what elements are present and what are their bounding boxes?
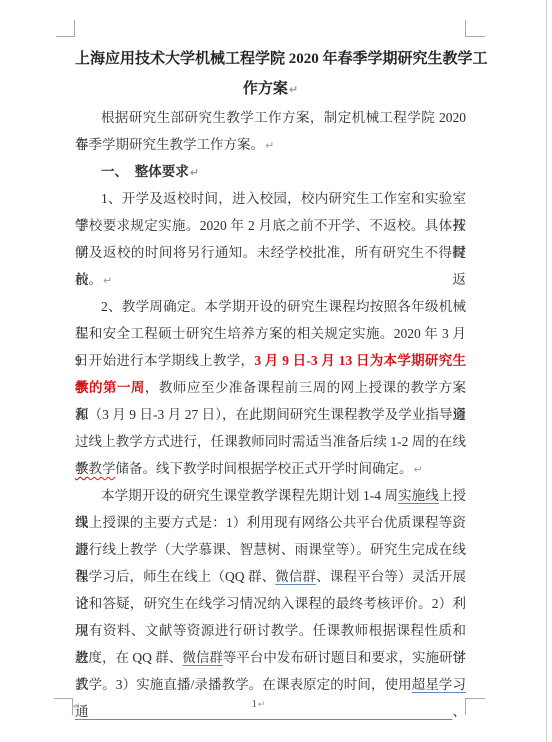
crop-mark-top-right [465,20,485,37]
document-page: 上海应用技术大学机械工程学院 2020 年春季学期研究生教学工 作方案↵ 根据研… [0,0,552,742]
emphasis-red-text: 学的第一周 [75,380,145,395]
body-text: 间及返校的时间将另行通知。未经学校批准，所有研究生不得提前返 [75,245,466,287]
document-line: 进度，在 QQ 群、微信群等平台中发布研讨题目和要求，实施研讨式 [75,644,466,671]
body-text: 进度，在 QQ 群、 [75,650,182,665]
body-text: 过线上教学方式进行，任课教师同时需适当准备后续 1-2 周的在线 [75,434,466,449]
document-line: 学的第一周，教师应至少准备课程前三周的网上授课的教学方案和资 [75,374,466,401]
title-text: 作方案 [243,81,288,97]
document-line: 2、教学周确定。本学期开设的研究生课程均按照各年级机械工 [75,293,466,320]
page-number: 1 [252,699,257,710]
paragraph-mark: ↵ [265,139,274,152]
body-text: 源（3 月 9 日-3 月 27 日），在此期间研究生课程教学及学业指导通 [75,407,466,422]
paragraph-mark: ↵ [289,83,298,96]
document-line: 1、开学及返校时间，进入校园，校内研究生工作室和实验室等按 [75,185,466,212]
body-text: 春季学期研究生教学工作方案。 [75,137,264,152]
title-text: 上海应用技术大学机械工程学院 2020 年春季学期研究生教学工 [75,51,488,67]
paragraph-mark: ↵ [258,700,266,710]
document-line: 教学。3）实施直播/录播教学。在课表原定的时间，使用超星学习通、 [75,671,466,698]
crop-mark-top-left [56,20,75,37]
body-text: 日开始进行本学期线上教学， [75,353,254,368]
grammar-flagged-text: 实施线 [398,488,439,503]
grammar-flagged-text: 微信群 [182,650,223,665]
document-line: 一、 整体要求↵ [75,158,466,185]
document-line: 源（3 月 9 日-3 月 27 日），在此期间研究生课程教学及学业指导通 [75,401,466,428]
body-text: 本学期开设的研究生课堂教学课程先期计划 1-4 周 [101,488,398,503]
page-footer: 1↵ [75,697,442,713]
document-line: 程学习后，师生在线上（QQ 群、微信群、课程平台等）灵活开展讨 [75,563,466,590]
body-text: 一、 整体要求 [101,164,189,179]
document-line: 本学期开设的研究生课堂教学课程先期计划 1-4 周实施线上授课。 [75,482,466,509]
document-line: 进行线上教学（大学慕课、智慧树、雨课堂等）。研究生完成在线课 [75,536,466,563]
document-line: 论和答疑，研究生在线学习情况纳入课程的最终考核评价。2）利用 [75,590,466,617]
document-line: 根据研究生部研究生教学工作方案，制定机械工程学院 2020 年 [75,104,466,131]
spellcheck-flagged-text: 学教学 [75,461,116,476]
document-line: 线上授课的主要方式是：1）利用现有网络公共平台优质课程等资源 [75,509,466,536]
body-text: 校。 [75,272,102,287]
document-title-line-2: 作方案↵ [75,74,466,104]
page-right-edge [546,0,547,742]
document-line: 日开始进行本学期线上教学，3 月 9 日-3 月 13 日为本学期研究生教 [75,347,466,374]
document-line: 程和安全工程硕士研究生培养方案的相关规定实施。2020 年 3 月 9 [75,320,466,347]
body-text: 储备。线下教学时间根据学校正式开学时间确定。 [116,461,413,476]
document-line: 学校要求规定实施。2020 年 2 月底之前不开学、不返校。具体开学时 [75,212,466,239]
document-line: 学教学储备。线下教学时间根据学校正式开学时间确定。↵ [75,455,466,482]
document-line: 现有资料、文献等资源进行研讨教学。任课教师根据课程性质和教学 [75,617,466,644]
document-line: 春季学期研究生教学工作方案。↵ [75,131,466,158]
crop-mark-bottom-right [465,698,485,715]
body-text: 教学。3）实施直播/录播教学。在课表原定的时间，使用 [75,677,412,692]
paragraph-mark: ↵ [414,463,423,476]
document-title-line-1: 上海应用技术大学机械工程学院 2020 年春季学期研究生教学工 [75,44,466,74]
grammar-flagged-text: 微信群 [275,569,316,584]
document-lines: 根据研究生部研究生教学工作方案，制定机械工程学院 2020 年春季学期研究生教学… [75,104,466,698]
document-body: 上海应用技术大学机械工程学院 2020 年春季学期研究生教学工 作方案↵ 根据研… [75,44,466,698]
body-text: 程学习后，师生在线上（QQ 群、 [75,569,275,584]
document-line: 过线上教学方式进行，任课教师同时需适当准备后续 1-2 周的在线教 [75,428,466,455]
crop-mark-bottom-left [54,698,73,715]
paragraph-mark: ↵ [103,274,112,287]
document-line: 间及返校的时间将另行通知。未经学校批准，所有研究生不得提前返 [75,239,466,266]
paragraph-mark: ↵ [190,166,199,179]
footer-paragraph-mark: ↵ [73,702,81,712]
body-text: 、 [453,704,467,719]
